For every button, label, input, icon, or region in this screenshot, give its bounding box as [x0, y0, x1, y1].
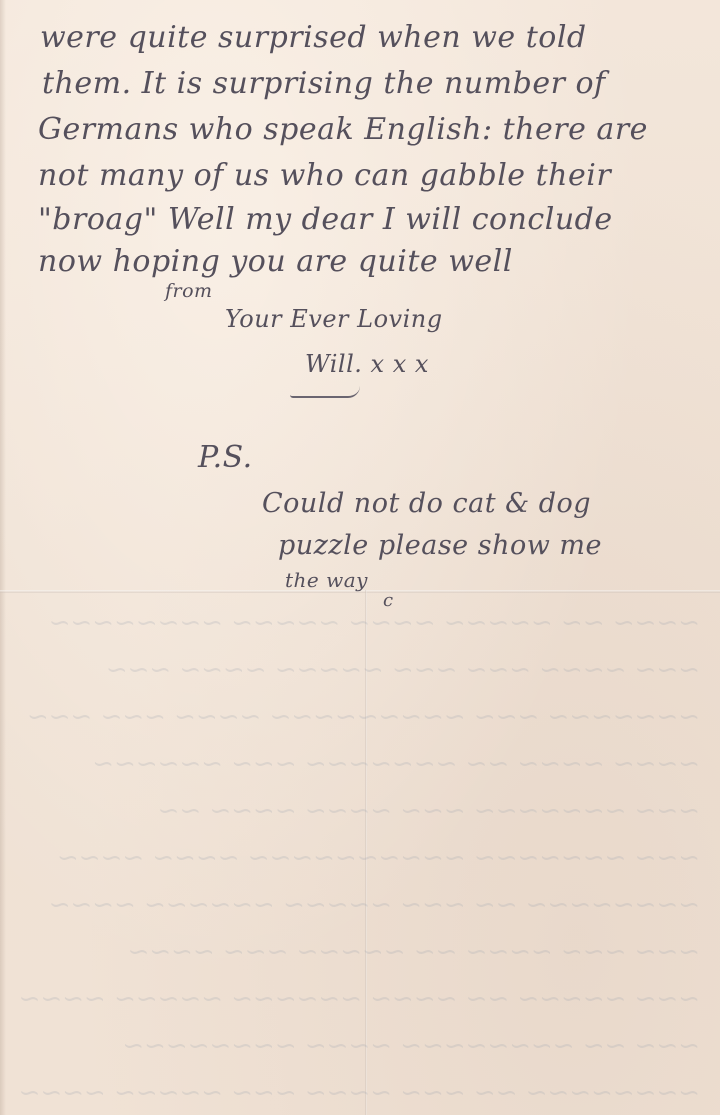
signature: Will. x x x: [305, 350, 429, 378]
closing-from: from: [165, 280, 213, 302]
body-line: "broag" Well my dear I will conclude: [38, 202, 613, 237]
postscript-line: puzzle please show me: [278, 530, 602, 561]
signature-flourish: [290, 386, 360, 398]
body-line: not many of us who can gabble their: [38, 158, 611, 193]
body-line: were quite surprised when we told: [40, 20, 587, 55]
postscript-label: P.S.: [198, 440, 253, 475]
bleed-through-text: ~~~~ ~~ ~~~~~ ~~~~ ~~~~~ ~~~~~~~~ ~~~ ~~…: [60, 600, 700, 1115]
body-line: Germans who speak English: there are: [38, 112, 648, 147]
paper-edge-shadow: [0, 0, 6, 1115]
postscript-mark: c: [383, 590, 394, 611]
body-line: now hoping you are quite well: [38, 244, 513, 279]
postscript-line: the way: [285, 568, 368, 592]
closing-valediction: Your Ever Loving: [225, 305, 443, 333]
body-line: them. It is surprising the number of: [42, 66, 606, 101]
postscript-line: Could not do cat & dog: [262, 488, 591, 519]
